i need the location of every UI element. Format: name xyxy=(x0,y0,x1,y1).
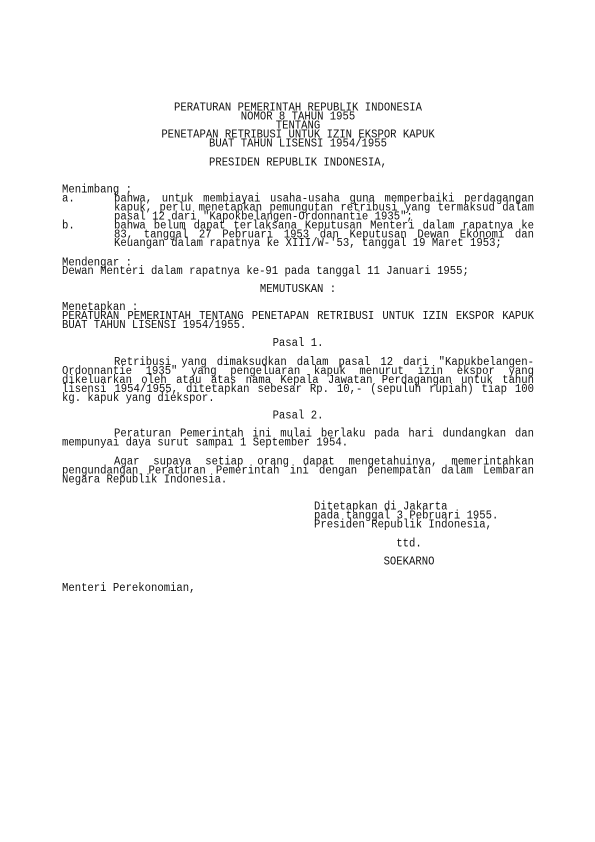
signature-title: Presiden Republik Indonesia, xyxy=(314,521,534,530)
pasal-2-paragraph-2: Agar supaya setiap orang dapat mengetahu… xyxy=(62,458,534,485)
item-text: bahwa, untuk membiayai usaha-usaha guna … xyxy=(114,195,534,222)
memutuskan-heading: MEMUTUSKAN : xyxy=(62,285,534,294)
item-marker: a. xyxy=(62,195,114,222)
president-heading: PRESIDEN REPUBLIK INDONESIA, xyxy=(62,158,534,167)
item-text: bahwa belum dapat terlaksana Keputusan M… xyxy=(114,222,534,249)
signature-name: SOEKARNO xyxy=(314,557,504,566)
pasal-2-paragraph-1: Peraturan Pemerintah ini mulai berlaku p… xyxy=(62,430,534,448)
mendengar-text: Dewan Menteri dalam rapatnya ke-91 pada … xyxy=(62,267,534,276)
pasal-1-heading: Pasal 1. xyxy=(62,340,534,349)
title-subject-2: BUAT TAHUN LISENSI 1954/1955 xyxy=(62,140,534,149)
document-page: PERATURAN PEMERINTAH REPUBLIK INDONESIA … xyxy=(62,104,534,594)
menimbang-item-b: b. bahwa belum dapat terlaksana Keputusa… xyxy=(62,222,534,249)
minister-title: Menteri Perekonomian, xyxy=(62,584,534,593)
menetapkan-text: PERATURAN PEMERINTAH TENTANG PENETAPAN R… xyxy=(62,312,534,330)
menimbang-item-a: a. bahwa, untuk membiayai usaha-usaha gu… xyxy=(62,195,534,222)
regulation-title: PERATURAN PEMERINTAH REPUBLIK INDONESIA … xyxy=(62,104,534,149)
pasal-1-text: Retribusi yang dimaksudkan dalam pasal 1… xyxy=(62,358,534,403)
item-marker: b. xyxy=(62,222,114,249)
signature-ttd: ttd. xyxy=(314,539,504,548)
pasal-2-heading: Pasal 2. xyxy=(62,412,534,421)
